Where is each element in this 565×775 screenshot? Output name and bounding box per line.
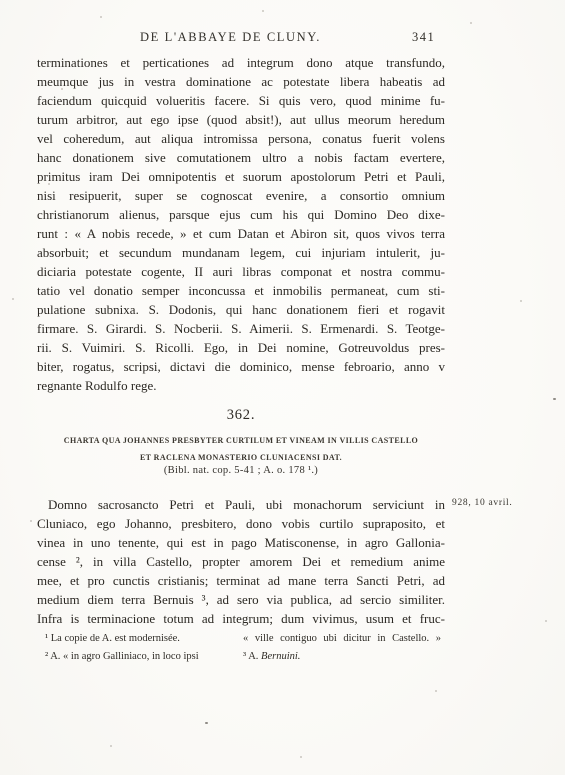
scan-speck <box>520 300 522 302</box>
scan-speck <box>12 298 14 300</box>
margin-date-note: 928, 10 avril. <box>452 498 557 508</box>
charter-heading: CHARTA QUA JOHANNES PRESBYTER CURTILUM E… <box>37 432 445 466</box>
scan-speck <box>61 88 63 90</box>
text-line: christianorum alienus, parsque ejus cum … <box>37 205 445 224</box>
footnote-column-right: « ville contiguo ubi dicitur in Castello… <box>243 630 441 665</box>
text-line: Domno sacrosancto Petri et Pauli, ubi mo… <box>37 495 445 514</box>
page-number: 341 <box>412 30 435 45</box>
scan-speck <box>300 756 302 758</box>
paragraph-1: terminationes et perticationes ad integr… <box>37 53 445 395</box>
text-line: diciaria potestate cogente, II auri libr… <box>37 262 445 281</box>
paragraph-2: Domno sacrosancto Petri et Pauli, ubi mo… <box>37 495 445 628</box>
footnote-italic-name: Bernuini. <box>261 651 300 662</box>
footnote-column-left: ¹ La copie de A. est modernisée.² A. « i… <box>45 630 237 665</box>
running-title: DE L'ABBAYE DE CLUNY. <box>140 30 321 45</box>
text-line: Infra is terminacione totum ad integrum;… <box>37 609 445 628</box>
text-line: vel coheredum, aut aliqua intromissa per… <box>37 129 445 148</box>
scan-speck <box>545 620 547 622</box>
text-line: turum arbitror, aut ego ipse (quod absit… <box>37 110 445 129</box>
scan-speck <box>205 722 208 724</box>
footnote-marker-text: ³ A. <box>243 651 261 662</box>
scan-speck <box>470 22 472 24</box>
text-line: rii. S. Vuimiri. S. Ricolli. Ego, in Dei… <box>37 338 445 357</box>
scan-speck <box>262 10 264 12</box>
text-line: pulatione subnixa. S. Dodonis, qui hanc … <box>37 300 445 319</box>
text-line: medium diem terra Bernuis ³, ad sero via… <box>37 590 445 609</box>
text-line: biter, rogatus, scripsi, dictavi die dom… <box>37 357 445 376</box>
text-line: ¹ La copie de A. est modernisée. <box>45 630 237 648</box>
text-line: nisi resipuerit, super se cognoscat even… <box>37 186 445 205</box>
text-line: ² A. « in agro Galliniaco, in loco ipsi <box>45 648 237 666</box>
text-line: cense ², in villa Castello, propter amor… <box>37 552 445 571</box>
footnote-line: ³ A. Bernuini. <box>243 648 441 666</box>
text-line: absorbuit; et secundum mundanam legem, c… <box>37 243 445 262</box>
text-line: hanc donationem sive comutationem ultro … <box>37 148 445 167</box>
book-page: DE L'ABBAYE DE CLUNY. 341 terminationes … <box>0 0 565 775</box>
text-line: vinea in uno tenente, qui est in pago Ma… <box>37 533 445 552</box>
text-line: firmare. S. Girardi. S. Nocberii. S. Aim… <box>37 319 445 338</box>
text-line: regnante Rodulfo rege. <box>37 376 445 395</box>
text-line: primitus iram Dei omnipotentis et suorum… <box>37 167 445 186</box>
scan-speck <box>48 183 50 185</box>
text-line: terminationes et perticationes ad integr… <box>37 53 445 72</box>
text-line: mee, et pro cunctis cristianis; terminat… <box>37 571 445 590</box>
text-line: faciendum quicquid volueritis facere. Si… <box>37 91 445 110</box>
source-reference: (Bibl. nat. cop. 5-41 ; A. o. 178 ¹.) <box>37 465 445 476</box>
text-line: runt : « A nobis recede, » et cum Datan … <box>37 224 445 243</box>
text-line: tatio vel donatio semper inconcussa et i… <box>37 281 445 300</box>
footnote-line: « ville contiguo ubi dicitur in Castello… <box>243 630 441 648</box>
scan-speck <box>30 520 32 522</box>
charter-number: 362. <box>37 407 445 424</box>
charter-heading-line2: ET RACLENA MONASTERIO CLUNIACENSI DAT. <box>37 449 445 466</box>
text-line: meumque jus in vestra dominatione ac pot… <box>37 72 445 91</box>
scan-speck <box>110 745 112 747</box>
charter-heading-line1: CHARTA QUA JOHANNES PRESBYTER CURTILUM E… <box>37 432 445 449</box>
scan-speck <box>435 690 437 692</box>
scan-speck <box>100 16 102 18</box>
text-line: Cluniaco, ego Johanno, presbitero, dono … <box>37 514 445 533</box>
scan-speck <box>553 398 556 400</box>
